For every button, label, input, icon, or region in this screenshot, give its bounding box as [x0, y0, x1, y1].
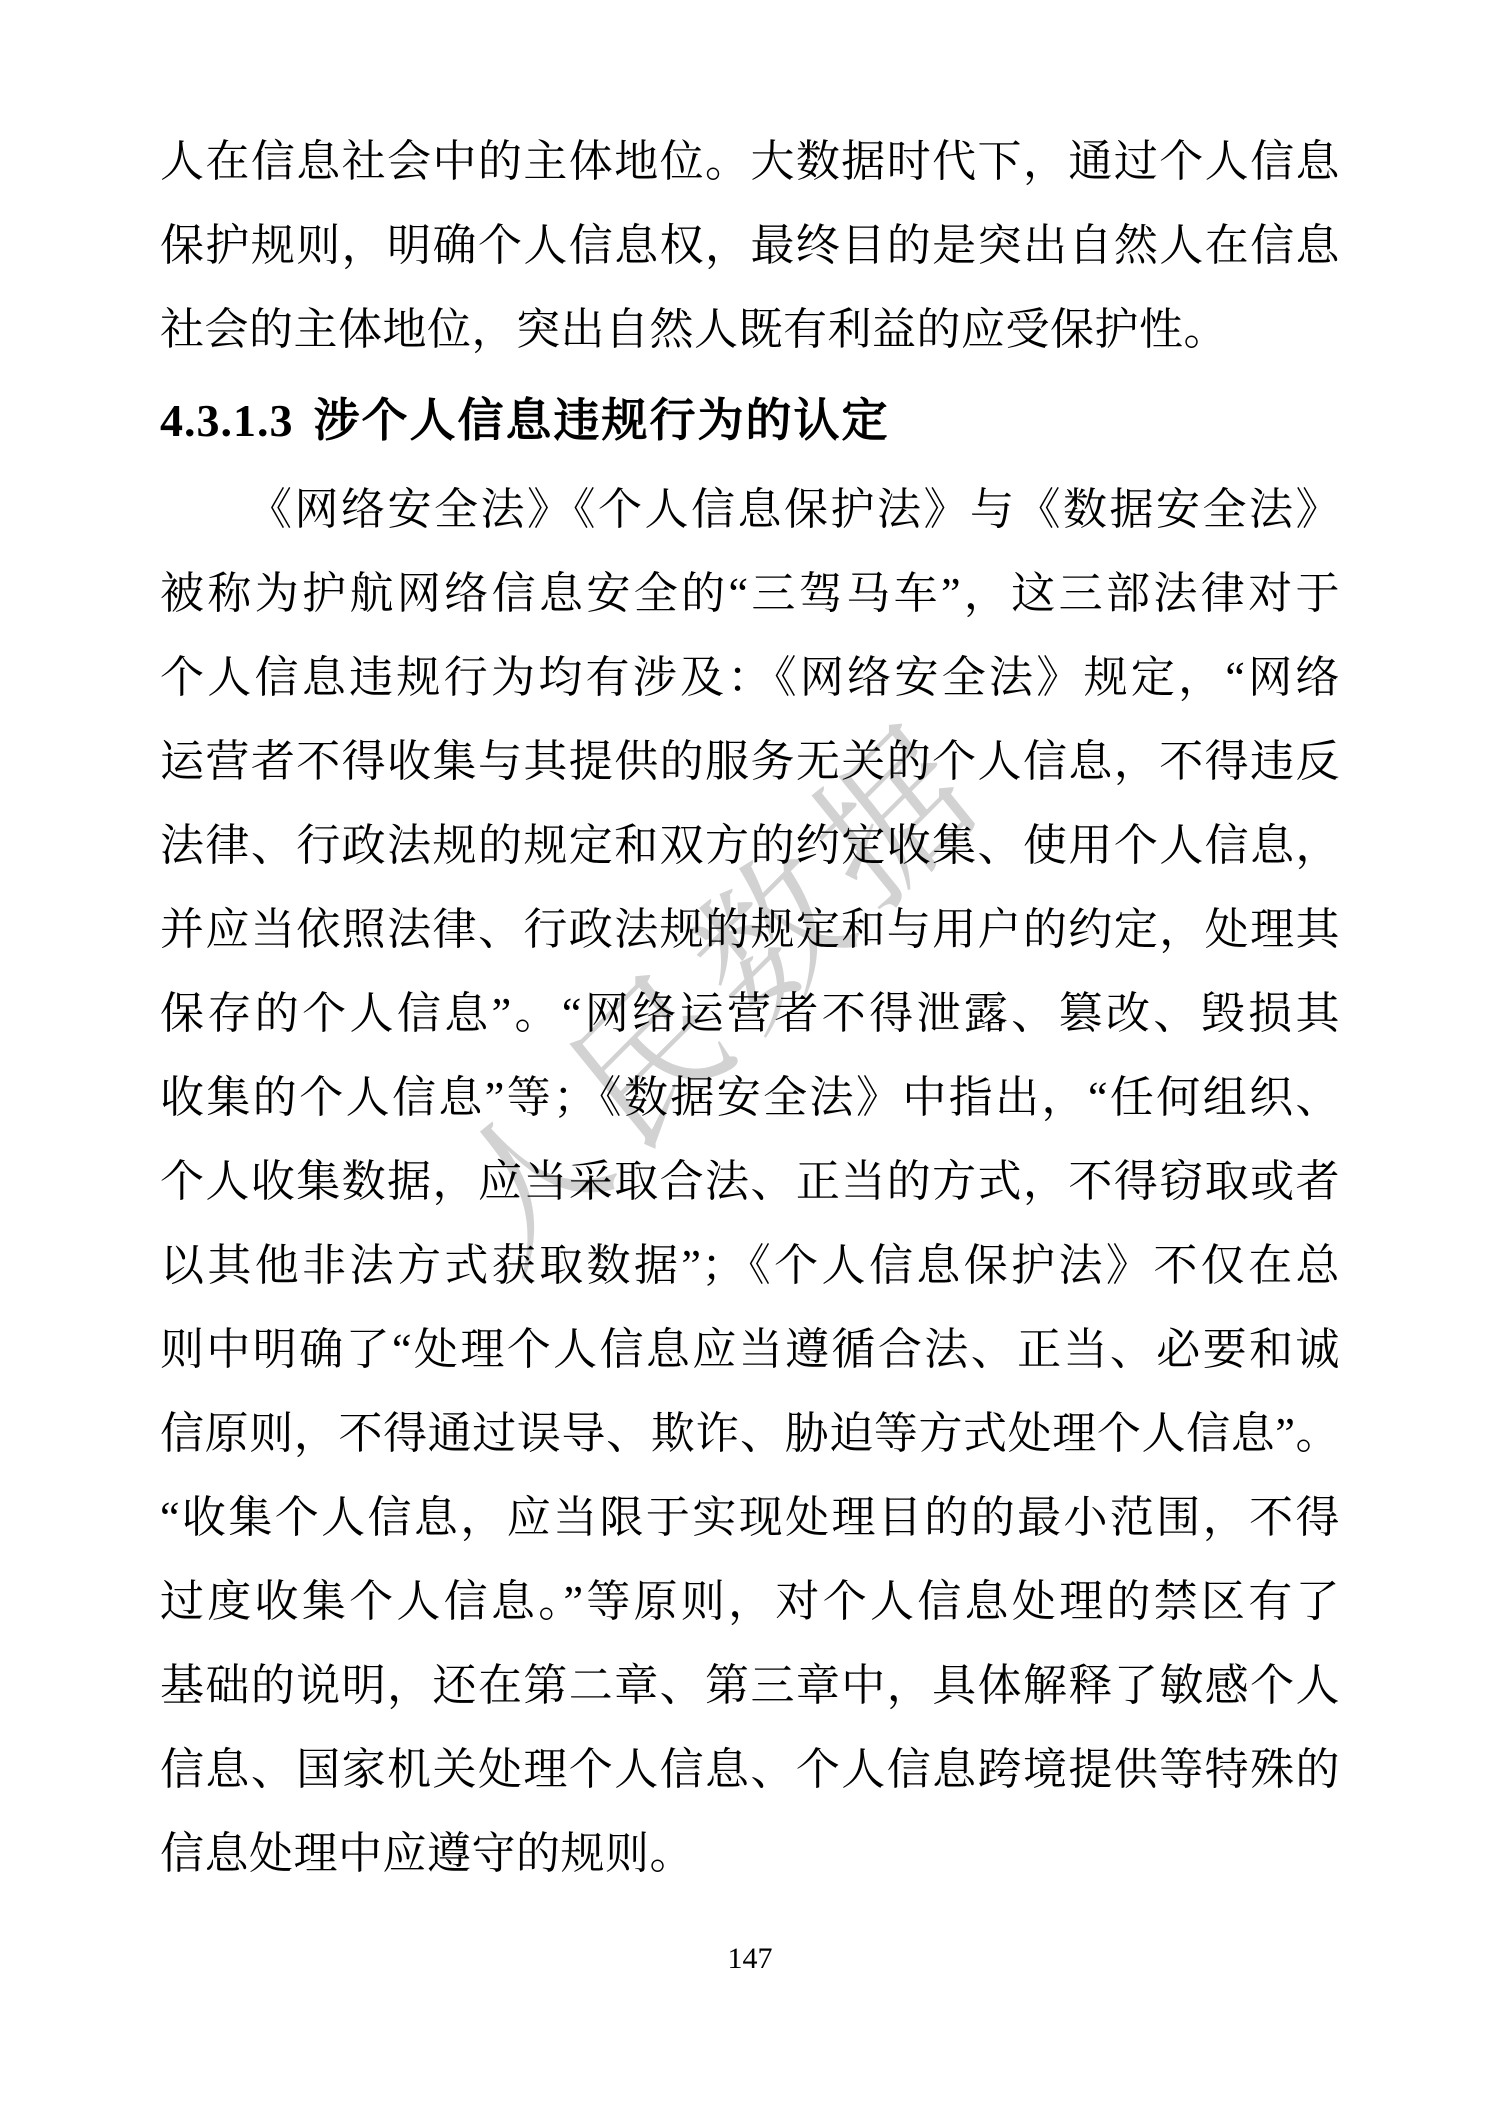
paragraph-line: 并应当依照法律、行政法规的规定和与用户的约定，处理其: [160, 888, 1340, 972]
paragraph-line: 保护规则，明确个人信息权，最终目的是突出自然人在信息: [160, 204, 1340, 288]
paragraph-line: 收集的个人信息”等；《数据安全法》中指出，“任何组织、: [160, 1056, 1340, 1140]
document-page: 人民数据 人在信息社会中的主体地位。大数据时代下，通过个人信息 保护规则，明确个…: [0, 0, 1500, 2121]
section-heading-number: 4.3.1.3: [160, 395, 294, 446]
page-number: 147: [0, 1942, 1500, 1976]
paragraph-line: 基础的说明，还在第二章、第三章中，具体解释了敏感个人: [160, 1644, 1340, 1728]
page-content: 人在信息社会中的主体地位。大数据时代下，通过个人信息 保护规则，明确个人信息权，…: [160, 120, 1340, 1896]
section-heading: 4.3.1.3涉个人信息违规行为的认定: [160, 372, 1340, 468]
section-heading-title: 涉个人信息违规行为的认定: [314, 394, 890, 446]
paragraph-line: “收集个人信息，应当限于实现处理目的的最小范围，不得: [160, 1476, 1340, 1560]
paragraph-line: 个人信息违规行为均有涉及：《网络安全法》规定，“网络: [160, 636, 1340, 720]
paragraph-line: 被称为护航网络信息安全的“三驾马车”，这三部法律对于: [160, 552, 1340, 636]
paragraph-line: 过度收集个人信息。”等原则，对个人信息处理的禁区有了: [160, 1560, 1340, 1644]
paragraph-line: 保存的个人信息”。“网络运营者不得泄露、篡改、毁损其: [160, 972, 1340, 1056]
paragraph-line: 人在信息社会中的主体地位。大数据时代下，通过个人信息: [160, 120, 1340, 204]
paragraph-line: 《网络安全法》《个人信息保护法》与《数据安全法》: [160, 468, 1340, 552]
paragraph-line: 信息处理中应遵守的规则。: [160, 1812, 1340, 1896]
paragraph-line: 以其他非法方式获取数据”；《个人信息保护法》不仅在总: [160, 1224, 1340, 1308]
paragraph-line: 运营者不得收集与其提供的服务无关的个人信息，不得违反: [160, 720, 1340, 804]
paragraph-line: 法律、行政法规的规定和双方的约定收集、使用个人信息，: [160, 804, 1340, 888]
paragraph-line: 社会的主体地位，突出自然人既有利益的应受保护性。: [160, 288, 1340, 372]
paragraph-line: 信息、国家机关处理个人信息、个人信息跨境提供等特殊的: [160, 1728, 1340, 1812]
paragraph-line: 信原则，不得通过误导、欺诈、胁迫等方式处理个人信息”。: [160, 1392, 1340, 1476]
paragraph-line: 个人收集数据，应当采取合法、正当的方式，不得窃取或者: [160, 1140, 1340, 1224]
paragraph-line: 则中明确了“处理个人信息应当遵循合法、正当、必要和诚: [160, 1308, 1340, 1392]
